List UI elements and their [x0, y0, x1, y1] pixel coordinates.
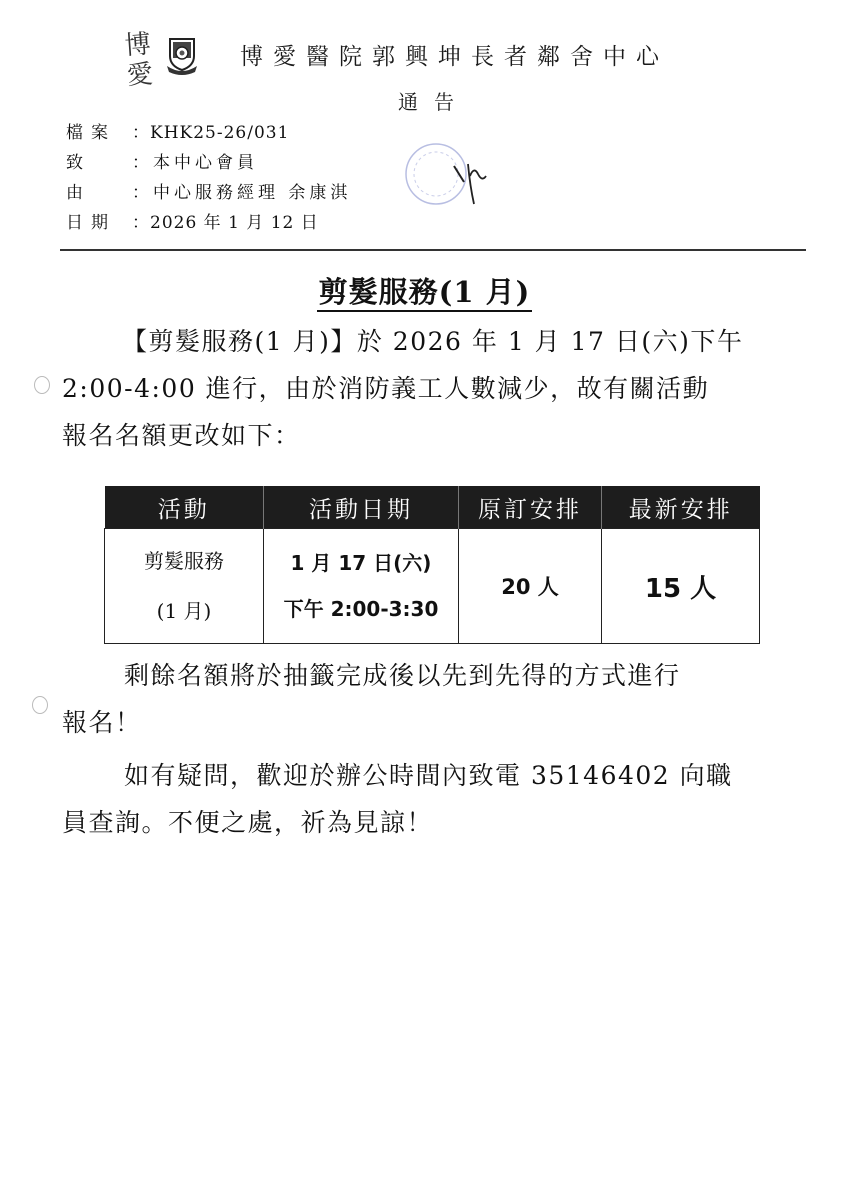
- enquiry-line-2: 員查詢。不便之處，祈為見諒！: [62, 799, 802, 846]
- meta-value: ：2026 年 1 月 12 日: [132, 208, 319, 238]
- header-activity-date: 活動日期: [264, 486, 459, 529]
- hospital-crest-icon: [166, 36, 198, 76]
- meta-date: 日期 ：2026 年 1 月 12 日: [66, 208, 351, 238]
- organization-name: 博愛醫院郭興坤長者鄰舍中心: [240, 38, 669, 71]
- meta-to: 致 ：本中心會員: [66, 148, 351, 178]
- cell-latest-quota: 15 人: [602, 529, 760, 644]
- header-latest-arrangement: 最新安排: [602, 486, 760, 529]
- document-title: 剪髮服務(1 月): [0, 270, 849, 311]
- table-header-row: 活動 活動日期 原訂安排 最新安排: [105, 486, 760, 529]
- meta-key: 檔案: [66, 118, 132, 148]
- activity-date: 1 月 17 日(六): [264, 540, 458, 586]
- intro-line-1: 【剪髮服務(1 月)】於 2026 年 1 月 17 日(六)下午: [62, 318, 802, 365]
- intro-line-2: 2:00-4:00 進行，由於消防義工人數減少，故有關活動: [62, 365, 802, 412]
- header-original-arrangement: 原訂安排: [459, 486, 602, 529]
- cell-activity: 剪髮服務 (1 月): [105, 529, 264, 644]
- header-divider: [60, 249, 806, 251]
- calligraphy-logo: 博愛: [124, 29, 164, 95]
- remaining-quota-paragraph: 剩餘名額將於抽籤完成後以先到先得的方式進行 報名！: [62, 652, 802, 746]
- meta-value: ：KHK25-26/031: [132, 118, 289, 148]
- intro-line-3: 報名名額更改如下：: [62, 412, 802, 459]
- remaining-line-2: 報名！: [62, 699, 802, 746]
- meta-key: 由: [66, 178, 132, 208]
- table-row: 剪髮服務 (1 月) 1 月 17 日(六) 下午 2:00-3:30 20 人…: [105, 529, 760, 644]
- meta-value: ：中心服務經理 余康淇: [132, 178, 351, 208]
- cell-activity-date: 1 月 17 日(六) 下午 2:00-3:30: [264, 529, 459, 644]
- meta-key: 日期: [66, 208, 132, 238]
- activity-month: (1 月): [105, 586, 263, 636]
- document-meta: 檔案 ：KHK25-26/031 致 ：本中心會員 由 ：中心服務經理 余康淇 …: [66, 118, 351, 238]
- quota-table: 活動 活動日期 原訂安排 最新安排 剪髮服務 (1 月) 1 月 17 日(六)…: [104, 486, 760, 644]
- activity-name: 剪髮服務: [105, 536, 263, 586]
- header-activity: 活動: [105, 486, 264, 529]
- document-title-text: 剪髮服務(1 月): [317, 275, 533, 312]
- remaining-line-1: 剩餘名額將於抽籤完成後以先到先得的方式進行: [62, 652, 802, 699]
- punch-hole-mark: [34, 376, 50, 394]
- meta-key: 致: [66, 148, 132, 178]
- punch-hole-mark: [32, 696, 48, 714]
- intro-paragraph: 【剪髮服務(1 月)】於 2026 年 1 月 17 日(六)下午 2:00-4…: [62, 318, 802, 459]
- stamp-signature-icon: [402, 136, 508, 216]
- enquiry-paragraph: 如有疑問，歡迎於辦公時間內致電 35146402 向職 員查詢。不便之處，祈為見…: [62, 752, 802, 846]
- meta-value: ：本中心會員: [132, 148, 258, 178]
- enquiry-line-1: 如有疑問，歡迎於辦公時間內致電 35146402 向職: [62, 752, 802, 799]
- meta-file-ref: 檔案 ：KHK25-26/031: [66, 118, 351, 148]
- activity-time: 下午 2:00-3:30: [264, 586, 458, 632]
- notice-label: 通告: [398, 86, 470, 115]
- cell-original-quota: 20 人: [459, 529, 602, 644]
- meta-from: 由 ：中心服務經理 余康淇: [66, 178, 351, 208]
